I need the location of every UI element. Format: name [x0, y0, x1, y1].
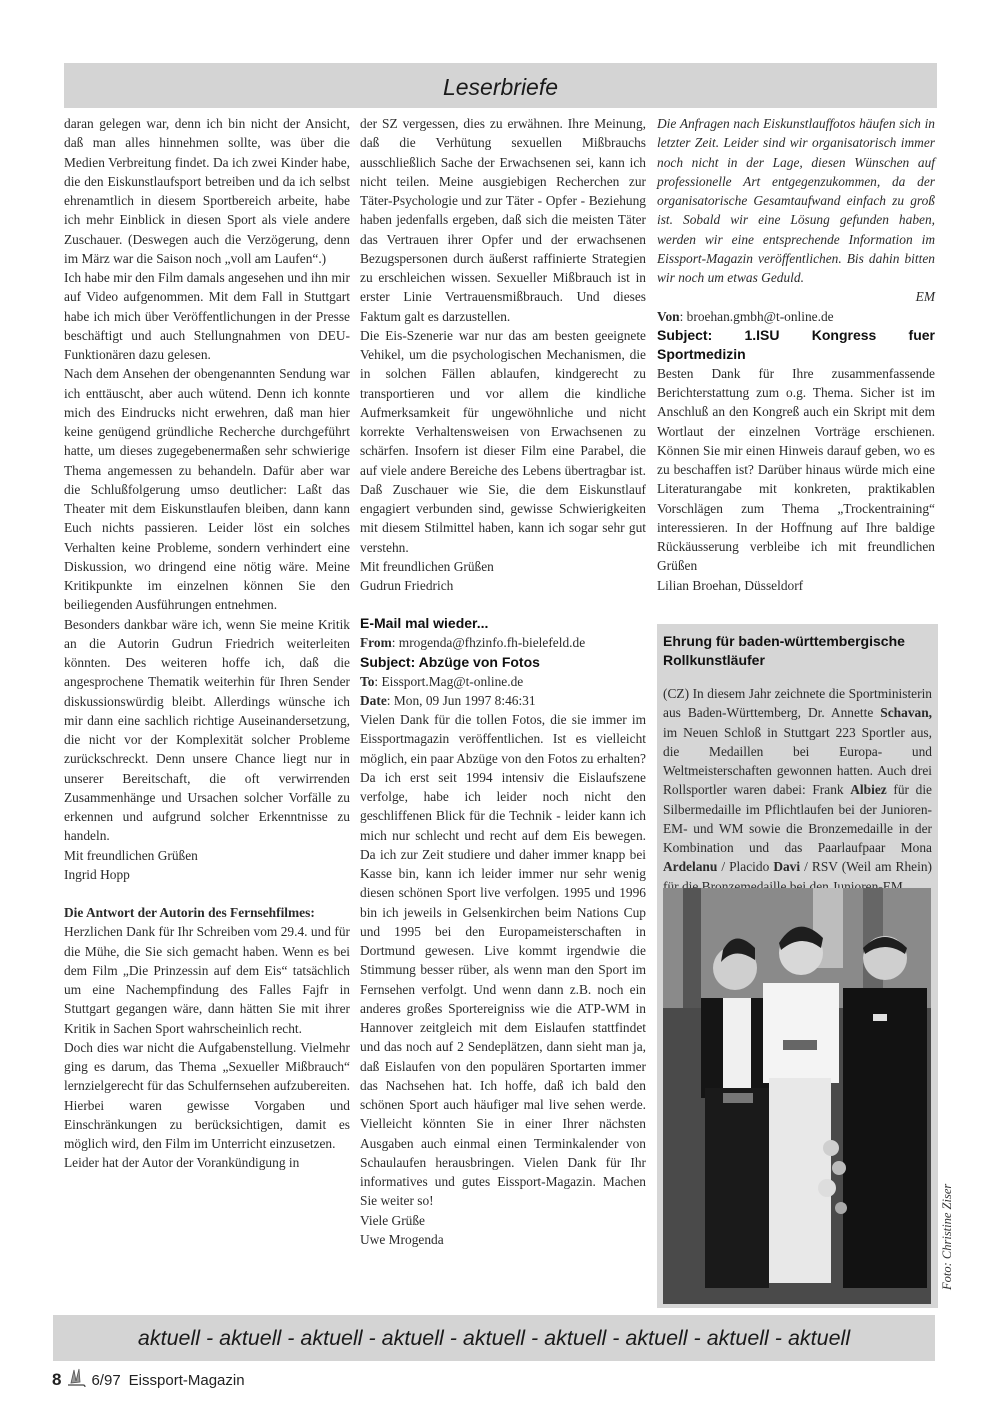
von-label: Von [657, 309, 680, 324]
name-schavan: Schavan, [880, 705, 932, 720]
email2-from: Von: broehan.gmbh@t-online.de [657, 307, 935, 326]
name-albiez: Albiez [850, 782, 886, 797]
page-footer: 8 6/97 Eissport-Magazin [52, 1367, 245, 1393]
von-value: : broehan.gmbh@t-online.de [680, 309, 834, 324]
email2-body: Besten Dank für Ihre zusammenfassende Be… [657, 364, 935, 576]
column-1: daran gelegen war, denn ich bin nicht de… [64, 114, 350, 1173]
email-closing: Viele Grüße [360, 1211, 646, 1230]
letter-closing: Mit freundlichen Grüßen [64, 846, 350, 865]
email-body: Vielen Dank für die tollen Fotos, die si… [360, 710, 646, 1211]
from-label: From [360, 635, 392, 650]
news-body: (CZ) In diesem Jahr zeichnete die Sportm… [663, 684, 932, 896]
letter-paragraph: daran gelegen war, denn ich bin nicht de… [64, 114, 350, 268]
email-signature: Uwe Mrogenda [360, 1230, 646, 1249]
footer-band-text: aktuell - aktuell - aktuell - aktuell - … [138, 1326, 850, 1351]
date-value: : Mon, 09 Jun 1997 8:46:31 [387, 693, 536, 708]
reply-paragraph: Leider hat der Autor der Vorankündigung … [64, 1153, 350, 1172]
letter-paragraph: Besonders dankbar wäre ich, wenn Sie mei… [64, 615, 350, 846]
email-to: To: Eissport.Mag@t-online.de [360, 672, 646, 691]
reply-paragraph: Die Eis-Szenerie war nur das am besten g… [360, 326, 646, 557]
photo-illustration [663, 888, 931, 1304]
reply-closing: Mit freundlichen Grüßen [360, 557, 646, 576]
column-2: der SZ vergessen, dies zu erwähnen. Ihre… [360, 114, 646, 1249]
name-davi: Davi [773, 859, 800, 874]
section-header: Leserbriefe [64, 63, 937, 108]
editor-reply: Die Anfragen nach Eiskunstlauffotos häuf… [657, 114, 935, 287]
email2-signature: Lilian Broehan, Düsseldorf [657, 576, 935, 595]
news-heading: Ehrung für baden-württembergische Rollku… [663, 632, 932, 670]
from-value: : mrogenda@fhzinfo.fh-bielefeld.de [392, 635, 585, 650]
email2-subject: Subject: 1.ISU Kongress fuer Sportmedizi… [657, 326, 935, 364]
reply-paragraph: Doch dies war nicht die Aufgabenstellung… [64, 1038, 350, 1154]
news-photo [663, 888, 931, 1304]
editor-signature: EM [657, 287, 935, 306]
reply-signature: Gudrun Friedrich [360, 576, 646, 595]
to-label: To [360, 674, 374, 689]
name-ardelanu: Ardelanu [663, 859, 717, 874]
photo-credit: Foto: Christine Ziser [940, 1184, 955, 1290]
skater-logo-icon [65, 1367, 87, 1393]
email-date: Date: Mon, 09 Jun 1997 8:46:31 [360, 691, 646, 710]
reply-paragraph: Herzlichen Dank für Ihr Schreiben vom 29… [64, 922, 350, 1038]
email-section-heading: E-Mail mal wieder... [360, 614, 646, 633]
issue-number: 6/97 [91, 1372, 120, 1389]
reply-paragraph: der SZ vergessen, dies zu erwähnen. Ihre… [360, 114, 646, 326]
email-subject: Subject: Abzüge von Fotos [360, 653, 646, 672]
letter-paragraph: Ich habe mir den Film damals angesehen u… [64, 268, 350, 364]
to-value: : Eissport.Mag@t-online.de [374, 674, 523, 689]
footer-band: aktuell - aktuell - aktuell - aktuell - … [53, 1315, 935, 1361]
page-number: 8 [52, 1370, 61, 1390]
letter-signature: Ingrid Hopp [64, 865, 350, 884]
section-title: Leserbriefe [443, 74, 558, 101]
date-label: Date [360, 693, 387, 708]
column-3: Die Anfragen nach Eiskunstlauffotos häuf… [657, 114, 935, 595]
reply-heading: Die Antwort der Autorin des Fernsehfilme… [64, 903, 350, 922]
email-from: From: mrogenda@fhzinfo.fh-bielefeld.de [360, 633, 646, 652]
magazine-name: Eissport-Magazin [129, 1372, 245, 1389]
letter-paragraph: Nach dem Ansehen der obengenannten Sendu… [64, 364, 350, 614]
